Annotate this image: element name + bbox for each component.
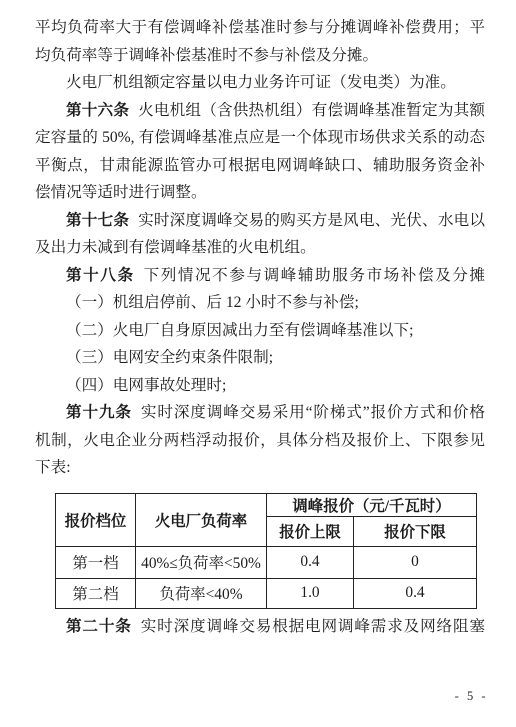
paragraph-line: 定容量的 50%, 有偿调峰基准点应是一个体现市场供求关系的动态 (35, 124, 485, 152)
paragraph-line: 火电厂机组额定容量以电力业务许可证（发电类）为准。 (35, 69, 485, 97)
article-number: 第二十条 (66, 618, 132, 635)
table-header-tier: 报价档位 (56, 493, 136, 546)
line-text: 机制，火电企业分两档浮动报价，具体分档及报价上、下限参见 (35, 432, 485, 449)
line-text: 下表: (35, 459, 71, 476)
line-text: 定容量的 50%, 有偿调峰基准点应是一个体现市场供求关系的动态 (35, 129, 485, 146)
list-item-line: （二）火电厂自身原因减出力至有偿调峰基准以下; (35, 317, 485, 345)
table-header-lower: 报价下限 (354, 516, 477, 546)
line-text: 偿情况等适时进行调整。 (35, 184, 207, 201)
document-body: 平均负荷率大于有偿调峰补偿基准时参与分摊调峰补偿费用；平 均负荷率等于调峰补偿基… (35, 14, 485, 640)
line-text: 及出力未减到有偿调峰基准的火电机组。 (35, 239, 316, 256)
line-text: 火电机组（含供热机组）有偿调峰基准暂定为其额 (138, 102, 485, 119)
list-item-line: （一）机组启停前、后 12 小时不参与补偿; (35, 289, 485, 317)
table-cell-tier: 第二档 (56, 578, 136, 608)
paragraph-line: 机制，火电企业分两档浮动报价，具体分档及报价上、下限参见 (35, 427, 485, 455)
list-item-line: （三）电网安全约束条件限制; (35, 344, 485, 372)
line-text: 均负荷率等于调峰补偿基准时不参与补偿及分摊。 (35, 47, 378, 64)
paragraph-line: 第十八条下列情况不参与调峰辅助服务市场补偿及分摊 (35, 262, 485, 290)
line-text: 实时深度调峰交易根据电网调峰需求及网络阻塞 (141, 618, 485, 635)
article-number: 第十六条 (66, 102, 129, 119)
paragraph-line: 偿情况等适时进行调整。 (35, 179, 485, 207)
line-text: 下列情况不参与调峰辅助服务市场补偿及分摊 (144, 267, 485, 284)
line-text: 火电厂机组额定容量以电力业务许可证（发电类）为准。 (66, 74, 456, 91)
table-row: 第一档 40%≤负荷率<50% 0.4 0 (56, 546, 477, 578)
table-header-upper: 报价上限 (267, 516, 354, 546)
paragraph-line: 平衡点，甘肃能源监管办可根据电网调峰缺口、辅助服务资金补 (35, 152, 485, 180)
table-row: 第二档 负荷率<40% 1.0 0.4 (56, 578, 477, 608)
paragraph-line: 均负荷率等于调峰补偿基准时不参与补偿及分摊。 (35, 42, 485, 70)
paragraph-line: 及出力未减到有偿调峰基准的火电机组。 (35, 234, 485, 262)
paragraph-line: 第十九条实时深度调峰交易采用“阶梯式”报价方式和价格 (35, 399, 485, 427)
table-cell-lower: 0 (354, 546, 477, 578)
paragraph-line: 第二十条实时深度调峰交易根据电网调峰需求及网络阻塞 (35, 613, 485, 641)
list-item-line: （四）电网事故处理时; (35, 372, 485, 400)
paragraph-line: 下表: (35, 454, 485, 482)
line-text: 平衡点，甘肃能源监管办可根据电网调峰缺口、辅助服务资金补 (35, 157, 485, 174)
table-header-price-group: 调峰报价（元/千瓦时） (267, 493, 477, 516)
article-number: 第十八条 (66, 267, 135, 284)
line-text: （一）机组启停前、后 12 小时不参与补偿; (66, 294, 359, 311)
table-header-load: 火电厂负荷率 (136, 493, 267, 546)
article-number: 第十九条 (66, 404, 132, 421)
line-text: 实时深度调峰交易的购买方是风电、光伏、水电以 (138, 212, 485, 229)
pricing-table: 报价档位 火电厂负荷率 调峰报价（元/千瓦时） 报价上限 报价下限 第一档 40… (55, 493, 477, 609)
paragraph-line: 第十六条火电机组（含供热机组）有偿调峰基准暂定为其额 (35, 97, 485, 125)
line-text: （二）火电厂自身原因减出力至有偿调峰基准以下; (66, 322, 413, 339)
table-cell-tier: 第一档 (56, 546, 136, 578)
table-cell-load: 负荷率<40% (136, 578, 267, 608)
table-cell-lower: 0.4 (354, 578, 477, 608)
paragraph-line: 第十七条实时深度调峰交易的购买方是风电、光伏、水电以 (35, 207, 485, 235)
line-text: 实时深度调峰交易采用“阶梯式”报价方式和价格 (141, 404, 485, 421)
line-text: （四）电网事故处理时; (66, 377, 226, 394)
article-number: 第十七条 (66, 212, 129, 229)
table-cell-upper: 1.0 (267, 578, 354, 608)
table-cell-load: 40%≤负荷率<50% (136, 546, 267, 578)
table-cell-upper: 0.4 (267, 546, 354, 578)
document-page: 平均负荷率大于有偿调峰补偿基准时参与分摊调峰补偿费用；平 均负荷率等于调峰补偿基… (0, 0, 516, 727)
line-text: （三）电网安全约束条件限制; (66, 349, 273, 366)
page-number: - 5 - (455, 689, 488, 704)
line-text: 平均负荷率大于有偿调峰补偿基准时参与分摊调峰补偿费用；平 (35, 19, 485, 36)
paragraph-line: 平均负荷率大于有偿调峰补偿基准时参与分摊调峰补偿费用；平 (35, 14, 485, 42)
